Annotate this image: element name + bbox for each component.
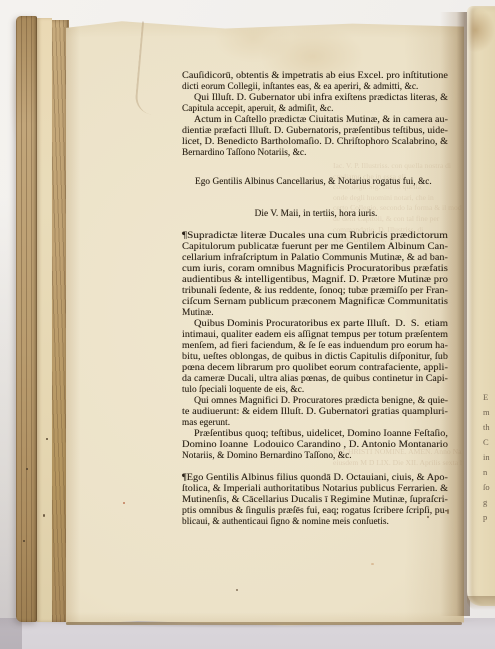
next-page-fragment: C xyxy=(483,437,489,447)
next-page-fragment: ſo xyxy=(483,482,490,492)
text-line: ciſcum Sernam publicum præconem Magnific… xyxy=(182,297,450,308)
page-edges-band xyxy=(37,18,52,622)
page-bottom-edge xyxy=(66,622,462,625)
next-page-text-fragments: EmthCinnſogp xyxy=(481,392,495,562)
next-page-fragment: p xyxy=(483,512,487,522)
text-line: da cameræ Ducali, ultra alias pœnas, de … xyxy=(182,374,450,385)
ink-speck xyxy=(447,509,449,514)
cover-edge-band xyxy=(16,16,37,622)
text-line: audientibus & intelligentibus, Magnif. D… xyxy=(182,275,450,286)
gutter-shadow xyxy=(440,12,470,616)
p-qui-omnes: Qui omnes Magnifici D. Procuratores præd… xyxy=(182,396,450,429)
text-line: Notariis, & Domino Bernardino Taſſono, &… xyxy=(182,451,450,462)
text-line: cellarium infraſcriptum in Palatio Commu… xyxy=(182,253,450,264)
red-speck xyxy=(123,502,125,504)
ink-speck xyxy=(427,516,429,518)
text-line: Præſentibus quoq; teſtibus, uidelicet, D… xyxy=(182,429,450,440)
p-qui-illust: Qui Illuſt. D. Gubernator ubi infra exiſ… xyxy=(182,93,450,115)
p-actum-in-castello: Actum in Caſtello prædictæ Ciuitatis Mut… xyxy=(182,115,450,159)
text-line: ptis omnibus & ſingulis præſēs fui, eaq;… xyxy=(182,506,450,517)
next-page-bottom-shadow xyxy=(467,596,495,610)
book-photo: Iac. V. P. Illustriss. con quella nostra… xyxy=(0,0,495,649)
text-line: Qui Illuſt. D. Gubernator ubi infra exiſ… xyxy=(182,93,450,104)
ink-speck xyxy=(236,589,238,591)
text-line: Quibus Dominis Procuratoribus ex parte I… xyxy=(182,319,450,330)
text-line: blicaui, & authenticaui ſigno & nomine m… xyxy=(182,517,450,528)
next-page-fragment: g xyxy=(483,497,487,507)
text-line: tulo ſpeciali loquente de eis, &c. xyxy=(182,385,450,396)
next-page-fragment: E xyxy=(483,392,488,402)
p-causidicorum: Cauſidicorū, obtentis & impetratis ab ei… xyxy=(182,71,450,93)
text-line: te audiuerunt: & eidem Illuſt. D. Gubern… xyxy=(182,407,450,418)
text-line: Domino Ioanne Lodouico Carandino , D. An… xyxy=(182,440,450,451)
p-ego-gentilis: ¶Ego Gentilis Albinus filius quondā D. O… xyxy=(182,473,450,528)
text-line: ¶Supradictæ literæ Ducales una cum Rubri… xyxy=(182,231,450,242)
text-line: Capitula accepit, aperuit, & admiſit, &c… xyxy=(182,104,450,115)
p-praesentibus: Præſentibus quoq; teſtibus, uidelicet, D… xyxy=(182,429,450,462)
text-line: licet, D. Benedicto Bartholomaſio. D. Ch… xyxy=(182,137,450,148)
text-line: intimaui, qualiter eadem eis aſſignat te… xyxy=(182,330,450,341)
ink-speck xyxy=(26,468,28,470)
text-line: Qui omnes Magnifici D. Procuratores præd… xyxy=(182,396,450,407)
text-line: ſtolica, & Imperiali authoritatibus Nota… xyxy=(182,484,450,495)
text-line: Bernardino Taſſono Notariis, &c. xyxy=(182,148,450,159)
ink-speck xyxy=(46,438,48,440)
text-line: Actum in Caſtello prædictæ Ciuitatis Mut… xyxy=(182,115,450,126)
text-line: Die V. Maii, in tertiis, hora iuris. xyxy=(182,209,450,220)
ink-speck xyxy=(43,514,45,517)
text-line: Ego Gentilis Albinus Cancellarius, & Not… xyxy=(182,177,450,188)
text-line: mas egerunt. xyxy=(182,418,450,429)
ink-speck xyxy=(23,540,25,542)
next-page-fragment: m xyxy=(483,407,490,417)
p-supradictae: ¶Supradictæ literæ Ducales una cum Rubri… xyxy=(182,231,450,319)
text-line: dicti eorum Collegii, inſtantes eas, & e… xyxy=(182,82,450,93)
p-quibus-dominis: Quibus Dominis Procuratoribus ex parte I… xyxy=(182,319,450,396)
next-page-fragment: in xyxy=(483,452,490,462)
text-line: Cauſidicorū, obtentis & impetratis ab ei… xyxy=(182,71,450,82)
next-page-fragment: n xyxy=(483,467,487,477)
text-line: cum iuris, coram omnibus Magnificis Proc… xyxy=(182,264,450,275)
text-line: Mutinæ. xyxy=(182,308,450,319)
text-line: ¶Ego Gentilis Albinus filius quondā D. O… xyxy=(182,473,450,484)
text-line: dientiæ præfacti Illuſt. D. Gubernatoris… xyxy=(182,126,450,137)
text-line: tribunali ſedente, & ius reddente, ſonoq… xyxy=(182,286,450,297)
text-line: Mutinenſis, & Cācellarius Ducalis ī Regi… xyxy=(182,495,450,506)
next-page-fragment: th xyxy=(483,422,490,432)
text-line: menſem, ad fieri faciendum, & ſe ſe eas … xyxy=(182,341,450,352)
heading-die-maii: Die V. Maii, in tertiis, hora iuris. xyxy=(182,209,450,220)
text-line: Capitulorum publicatæ fuerunt per me Gen… xyxy=(182,242,450,253)
foxing-dot xyxy=(371,563,374,565)
page-text: Cauſidicorū, obtentis & impetratis ab ei… xyxy=(182,71,450,528)
text-line: pœna decem librarum pro quolibet eorum c… xyxy=(182,363,450,374)
text-line: bitu, ueſtes oblongas, de quibus in dict… xyxy=(182,352,450,363)
p-ego-cancellarius: Ego Gentilis Albinus Cancellarius, & Not… xyxy=(182,177,450,188)
